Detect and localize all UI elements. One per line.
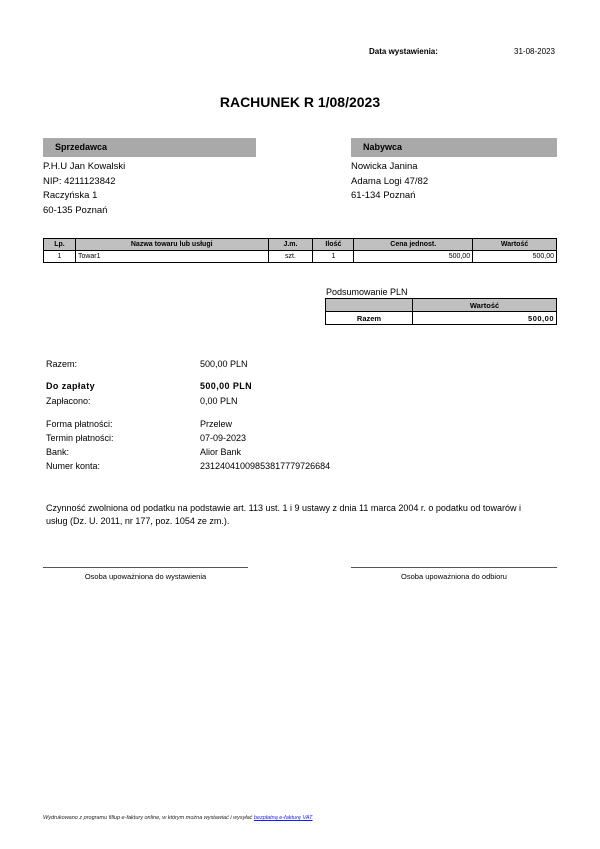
do-zaplaty-value: 500,00 PLN bbox=[200, 381, 252, 391]
cell-unit-price: 500,00 bbox=[354, 251, 473, 263]
col-lp: Lp. bbox=[44, 239, 76, 251]
buyer-name: Nowicka Janina bbox=[351, 160, 428, 175]
footer-text: Wydrukowano z programu fillup e-faktury … bbox=[43, 815, 254, 821]
issuer-signature-label: Osoba upoważniona do wystawienia bbox=[43, 572, 248, 581]
summary-header-row: Wartość bbox=[326, 299, 557, 312]
payment-due-value: 07-09-2023 bbox=[200, 433, 246, 443]
cell-lp: 1 bbox=[44, 251, 76, 263]
items-table: Lp. Nazwa towaru lub usługi J.m. Ilość C… bbox=[43, 238, 557, 263]
payment-method-label: Forma płatności: bbox=[46, 419, 113, 429]
summary-empty-header bbox=[326, 299, 413, 312]
summary-table: Wartość Razem 500,00 bbox=[325, 298, 557, 325]
items-header-row: Lp. Nazwa towaru lub usługi J.m. Ilość C… bbox=[44, 239, 557, 251]
col-qty: Ilość bbox=[313, 239, 354, 251]
seller-name: P.H.U Jan Kowalski bbox=[43, 160, 125, 175]
cell-unit: szt. bbox=[268, 251, 313, 263]
summary-total-label: Razem bbox=[326, 312, 413, 325]
summary-total-row: Razem 500,00 bbox=[326, 312, 557, 325]
payment-due-label: Termin płatności: bbox=[46, 433, 114, 443]
col-unit-price: Cena jednost. bbox=[354, 239, 473, 251]
zaplacono-label: Zapłacono: bbox=[46, 396, 91, 406]
receiver-signature-label: Osoba upoważniona do odbioru bbox=[351, 572, 557, 581]
cell-qty: 1 bbox=[313, 251, 354, 263]
seller-heading: Sprzedawca bbox=[43, 138, 256, 157]
table-row: 1 Towar1 szt. 1 500,00 500,00 bbox=[44, 251, 557, 263]
tax-exemption-note: Czynność zwolniona od podatku na podstaw… bbox=[46, 502, 536, 527]
razem-value: 500,00 PLN bbox=[200, 359, 248, 369]
buyer-heading: Nabywca bbox=[351, 138, 557, 157]
issue-date-value: 31-08-2023 bbox=[514, 47, 555, 56]
issuer-signature-line bbox=[43, 567, 248, 568]
cell-value: 500,00 bbox=[473, 251, 557, 263]
do-zaplaty-label: Do zapłaty bbox=[46, 381, 95, 391]
buyer-details: Nowicka Janina Adama Logi 47/82 61-134 P… bbox=[351, 160, 428, 204]
col-value: Wartość bbox=[473, 239, 557, 251]
payment-method-value: Przelew bbox=[200, 419, 232, 429]
bank-value: Alior Bank bbox=[200, 447, 241, 457]
account-number-value: 23124041009853817779726684 bbox=[200, 461, 330, 471]
cell-name: Towar1 bbox=[75, 251, 268, 263]
col-name: Nazwa towaru lub usługi bbox=[75, 239, 268, 251]
razem-label: Razem: bbox=[46, 359, 77, 369]
seller-street: Raczyńska 1 bbox=[43, 189, 125, 204]
seller-details: P.H.U Jan Kowalski NIP: 4211123842 Raczy… bbox=[43, 160, 125, 218]
summary-caption: Podsumowanie PLN bbox=[326, 287, 408, 297]
bank-label: Bank: bbox=[46, 447, 69, 457]
seller-nip: NIP: 4211123842 bbox=[43, 175, 125, 190]
zaplacono-value: 0,00 PLN bbox=[200, 396, 238, 406]
seller-city: 60-135 Poznań bbox=[43, 204, 125, 219]
buyer-street: Adama Logi 47/82 bbox=[351, 175, 428, 190]
footer-note: Wydrukowano z programu fillup e-faktury … bbox=[43, 815, 313, 821]
footer-link[interactable]: bezpłatną e-fakturę VAT bbox=[254, 815, 313, 821]
issue-date-label: Data wystawienia: bbox=[369, 47, 438, 56]
buyer-city: 61-134 Poznań bbox=[351, 189, 428, 204]
summary-value-header: Wartość bbox=[413, 299, 557, 312]
summary-total-value: 500,00 bbox=[413, 312, 557, 325]
col-unit: J.m. bbox=[268, 239, 313, 251]
account-number-label: Numer konta: bbox=[46, 461, 100, 471]
document-title: RACHUNEK R 1/08/2023 bbox=[0, 94, 600, 110]
receiver-signature-line bbox=[351, 567, 557, 568]
